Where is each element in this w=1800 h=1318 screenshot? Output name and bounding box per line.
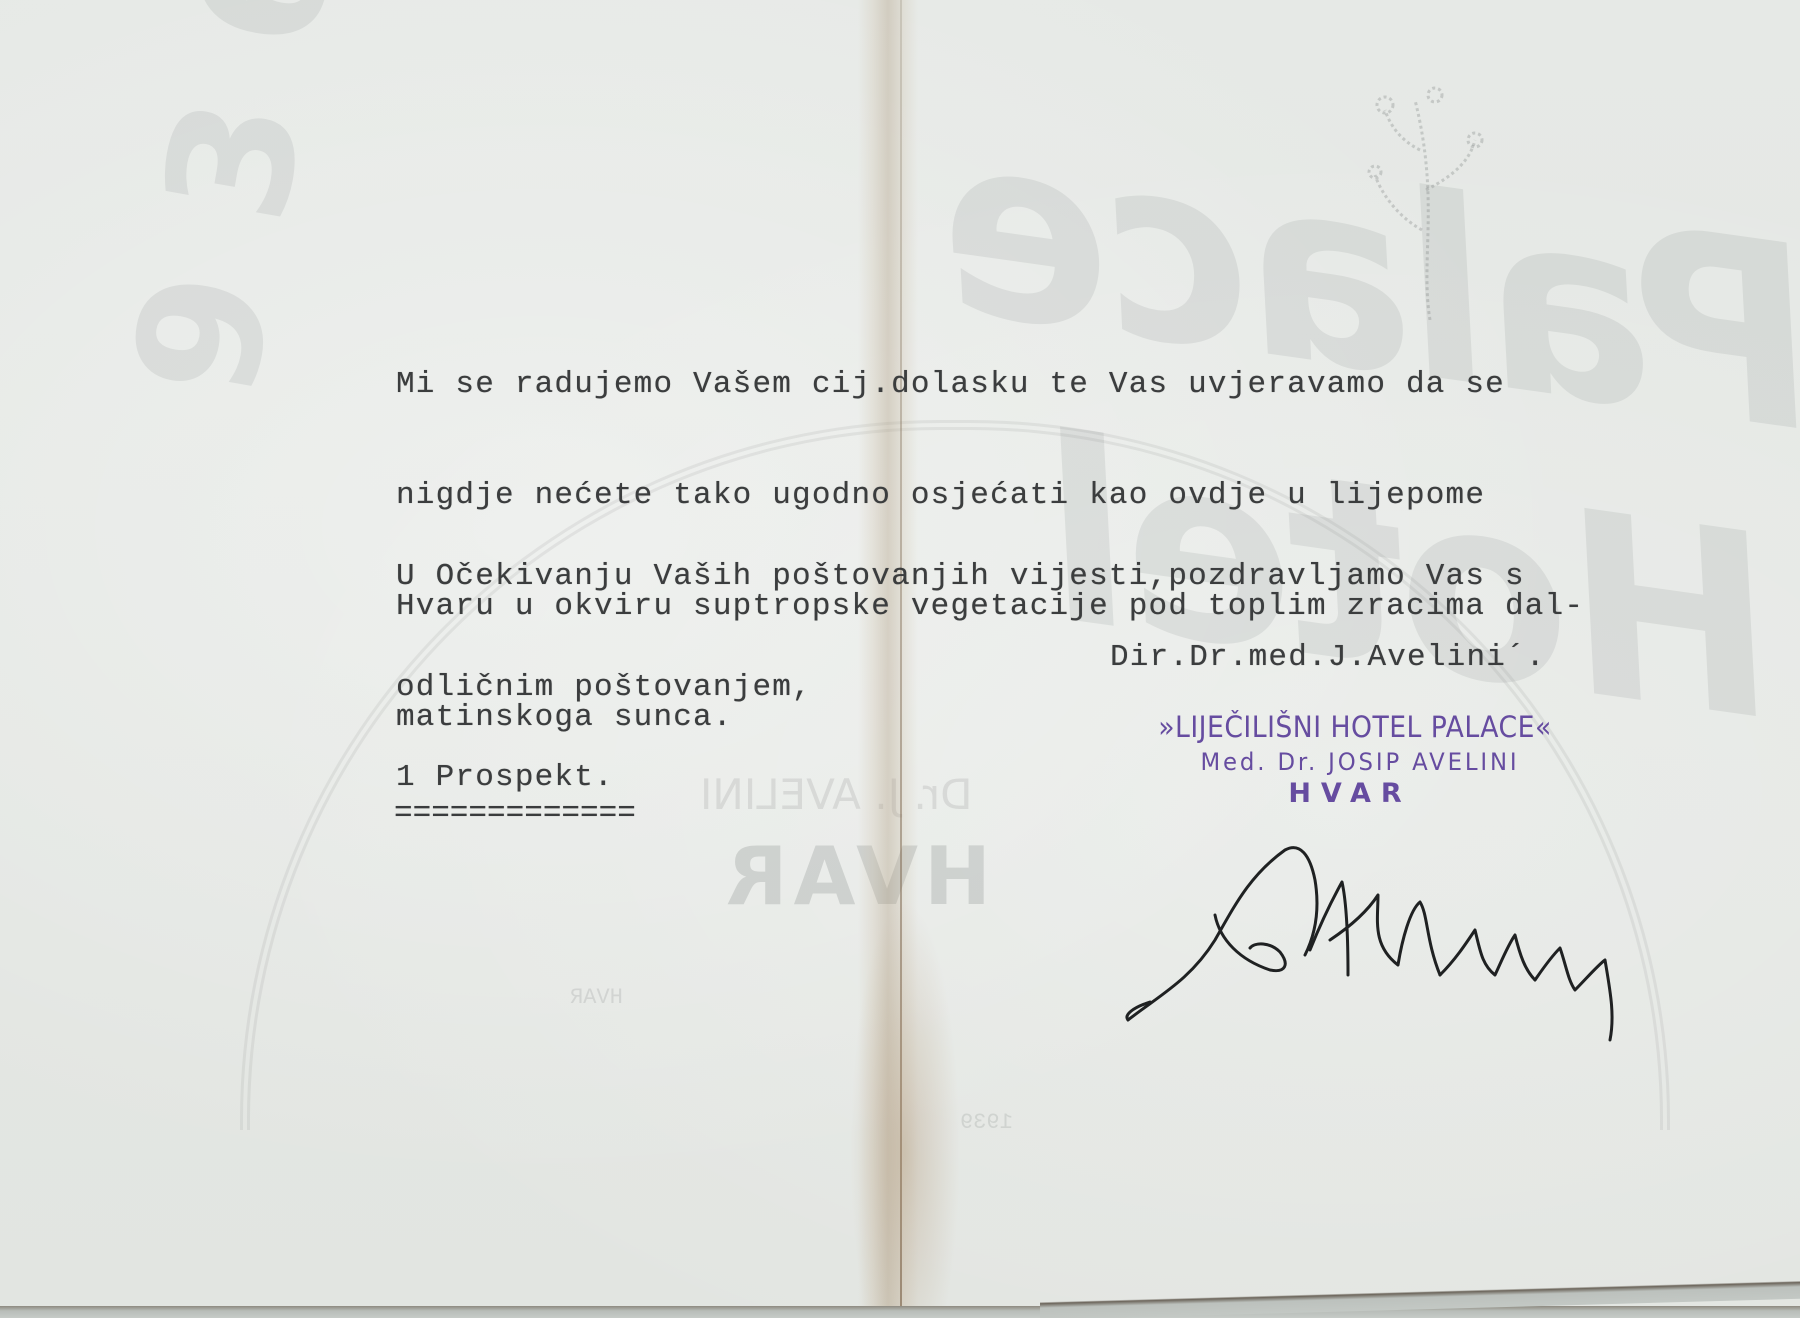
letter-line: Mi se radujemo Vašem cij.dolasku te Vas …: [396, 366, 1584, 403]
stamp-city: HVAR: [1080, 778, 1620, 809]
paper-bottom-edge: [0, 1306, 1800, 1318]
handwritten-signature: [1110, 830, 1630, 1050]
letter-line: U Očekivanju Vaših poštovanjih vijesti,p…: [396, 558, 1525, 595]
enclosure-note: 1 Prospekt.: [396, 760, 614, 795]
letter-paragraph-2: U Očekivanju Vaših poštovanjih vijesti,p…: [396, 484, 1525, 743]
hotel-stamp: »LIJEČILIŠNI HOTEL PALACE« Med. Dr. JOSI…: [1100, 710, 1620, 809]
bleed-through-small-text: 1939: [960, 1110, 1013, 1135]
fold-stain: [850, 900, 960, 1318]
bleed-through-plant-ornament: [1360, 80, 1500, 320]
enclosure-underline: =============: [394, 796, 636, 831]
typed-signatory: Dir.Dr.med.J.Avelini´.: [1110, 640, 1546, 675]
bleed-through-small-text: HVAR: [570, 985, 623, 1010]
bleed-through-letterhead-name: Dr. J. AVELINI: [700, 770, 972, 819]
stamp-hotel-name: »LIJEČILIŠNI HOTEL PALACE«: [1111, 710, 1599, 744]
stamp-director-name: Med. Dr. JOSIP AVELINI: [1113, 748, 1607, 776]
